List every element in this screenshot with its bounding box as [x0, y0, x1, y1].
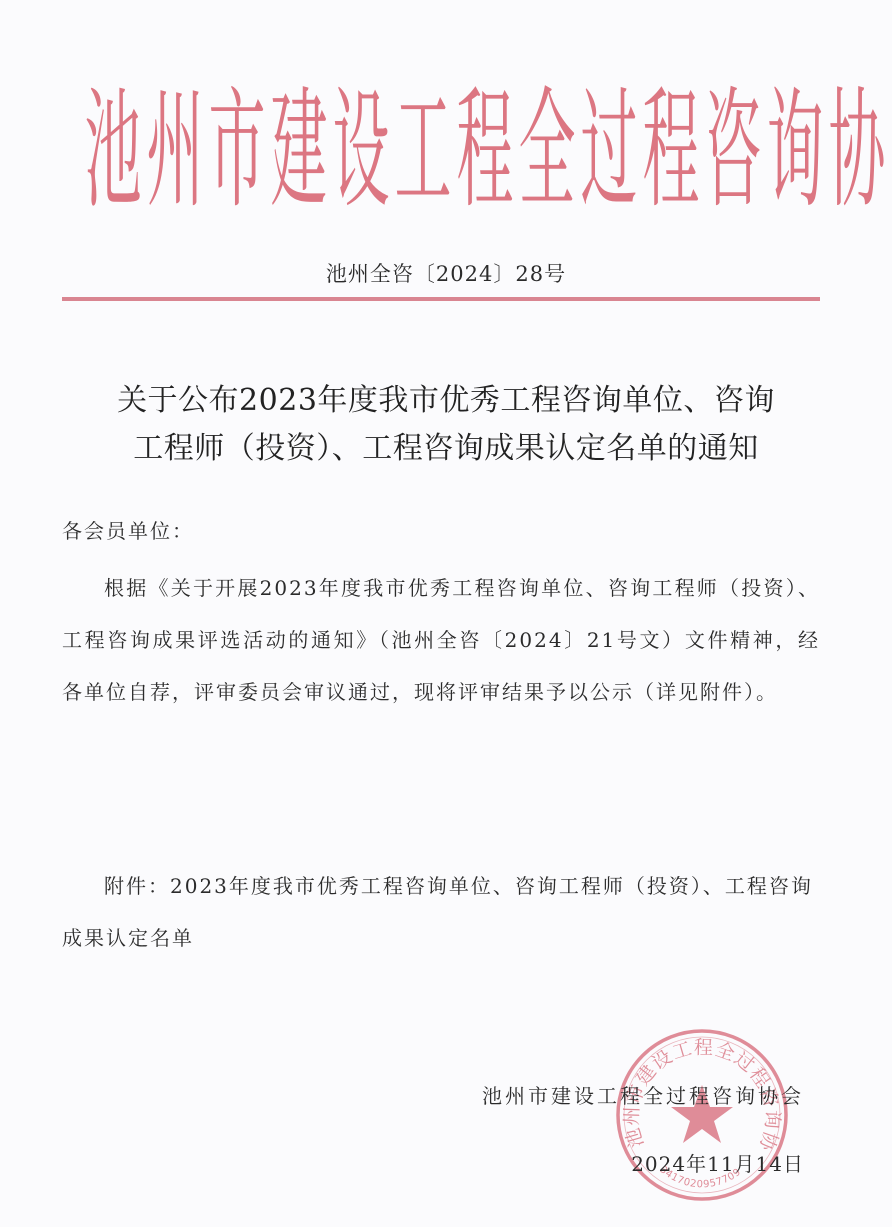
- attachment-note: 附件：2023年度我市优秀工程咨询单位、咨询工程师（投资）、工程咨询成果认定名单: [62, 860, 820, 964]
- letterhead-char: 设: [333, 85, 390, 215]
- letterhead-char: 建: [271, 85, 328, 215]
- salutation: 各会员单位：: [62, 515, 194, 544]
- document-title: 关于公布2023年度我市优秀工程咨询单位、咨询 工程师（投资）、工程咨询成果认定…: [40, 377, 852, 473]
- title-line-2: 工程师（投资）、工程咨询成果认定名单的通知: [40, 425, 852, 473]
- issue-date: 2024年11月14日: [631, 1148, 804, 1177]
- letterhead-char: 程: [643, 85, 700, 215]
- letterhead-char: 州: [146, 85, 203, 215]
- letterhead-char: 过: [581, 85, 638, 215]
- title-line-1: 关于公布2023年度我市优秀工程咨询单位、咨询: [40, 377, 852, 425]
- letterhead-char: 工: [395, 85, 452, 215]
- document-number: 池州全咨〔2024〕28号: [0, 258, 892, 288]
- letterhead-char: 咨: [705, 85, 762, 215]
- body-paragraph: 根据《关于开展2023年度我市优秀工程咨询单位、咨询工程师（投资）、工程咨询成果…: [62, 562, 820, 718]
- letterhead-char: 协: [829, 85, 886, 215]
- org-letterhead: 池 州 市 建 设 工 程 全 过 程 咨 询 协 会: [82, 78, 782, 223]
- letterhead-char: 全: [519, 85, 576, 215]
- letterhead-char: 池: [84, 85, 141, 215]
- letterhead-char: 市: [209, 85, 266, 215]
- signature-org: 池州市建设工程全过程咨询协会: [482, 1080, 804, 1109]
- letterhead-char: 程: [457, 85, 514, 215]
- letterhead-char: 询: [767, 85, 824, 215]
- header-divider: [62, 297, 820, 301]
